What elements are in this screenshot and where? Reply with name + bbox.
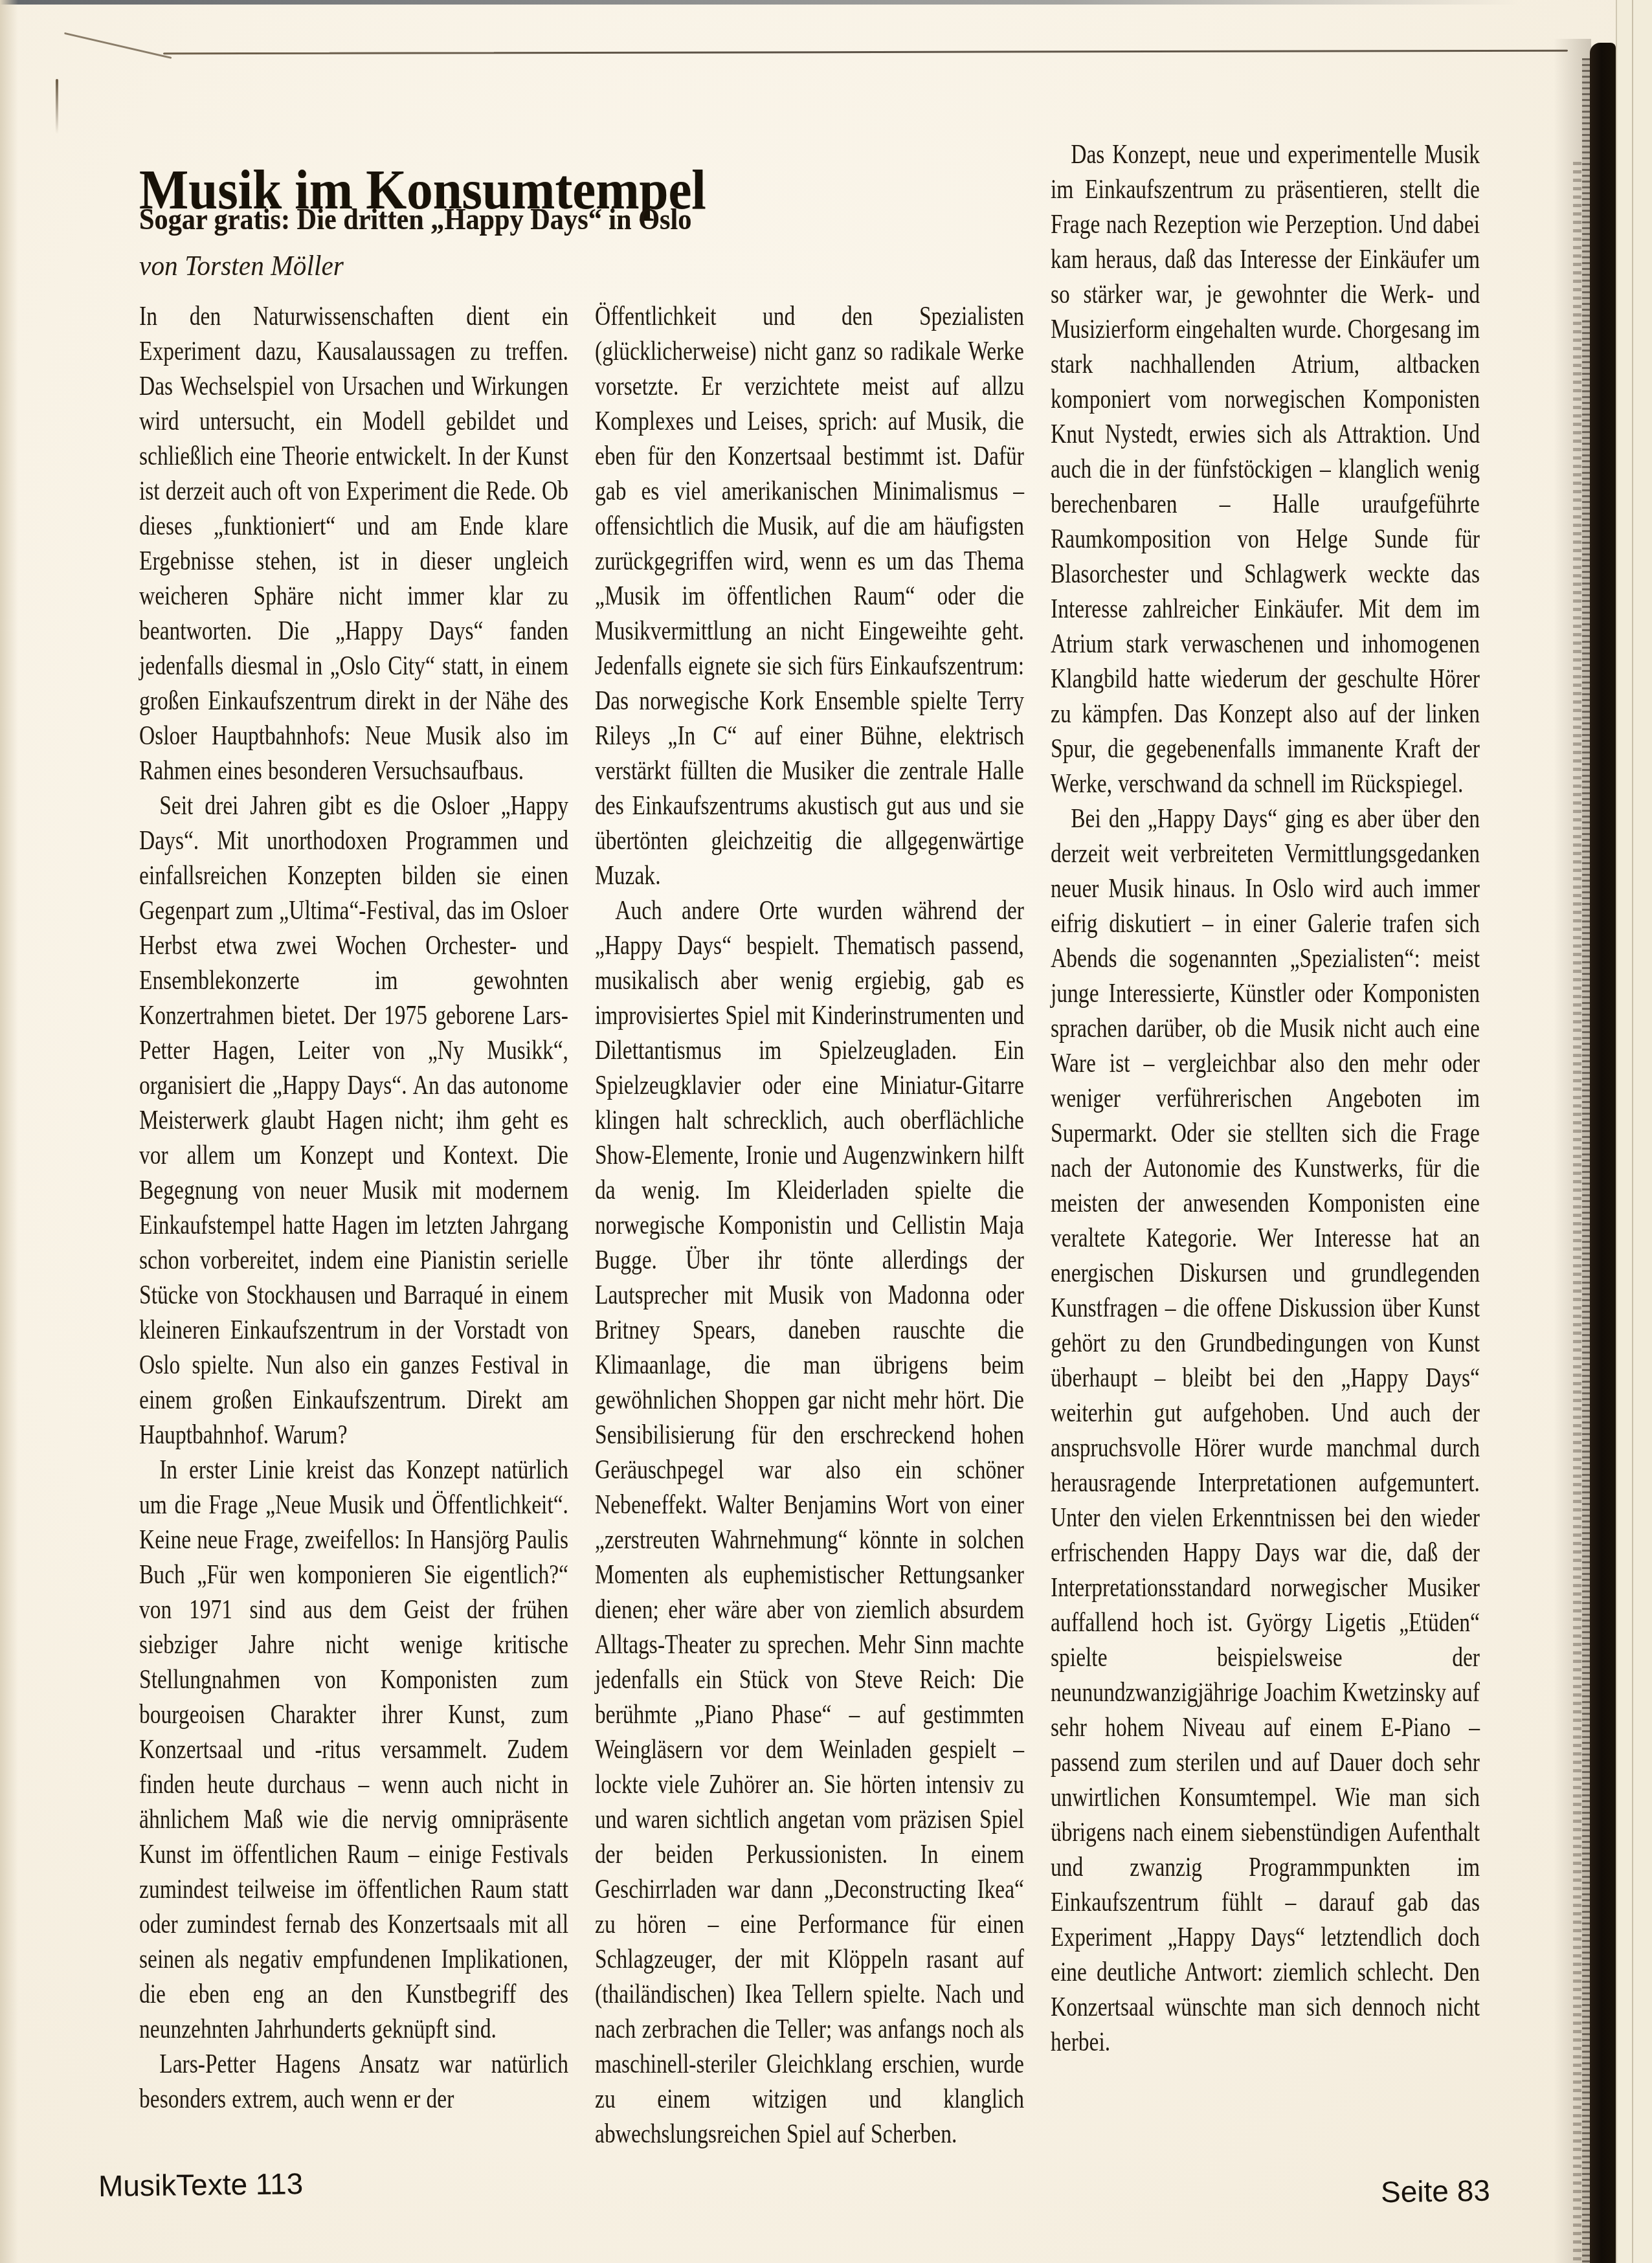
page-right-edge-hairline	[1632, 0, 1633, 2263]
paragraph: Seit drei Jahren gibt es die Osloer „Hap…	[139, 788, 568, 1453]
page-curl-line-left	[64, 32, 172, 59]
page-right-edge-strip	[1616, 0, 1652, 2263]
binding-black-band	[1590, 43, 1616, 2263]
paragraph: Auch andere Orte wurden während der „Hap…	[595, 893, 1024, 2152]
paragraph: Lars-Petter Hagens Ansatz war natürlich …	[139, 2047, 568, 2117]
paragraph: In den Naturwissenschaften dient ein Exp…	[139, 299, 568, 788]
paragraph: Bei den „Happy Days“ ging es aber über d…	[1051, 801, 1480, 2060]
paragraph: In erster Linie kreist das Konzept natür…	[139, 1453, 568, 2047]
article-column-1: In den Naturwissenschaften dient ein Exp…	[139, 299, 568, 2117]
binding-speckle-strip	[1573, 162, 1581, 2263]
journal-name: MusikTexte 113	[98, 2166, 304, 2203]
article-byline: von Torsten Möller	[139, 250, 344, 282]
scanner-top-edge-shadow	[0, 0, 1520, 5]
page-curl-line	[163, 50, 1568, 55]
article-column-2: Öffentlichkeit und den Spezialisten (glü…	[595, 299, 1024, 2152]
page-left-edge-shade	[0, 0, 18, 2263]
article-column-3: Das Konzept, neue und experimentelle Mus…	[1051, 137, 1480, 2060]
paragraph: Öffentlichkeit und den Spezialisten (glü…	[595, 299, 1024, 893]
paragraph: Das Konzept, neue und experimentelle Mus…	[1051, 137, 1480, 801]
page-curl-edge	[56, 79, 58, 134]
scanned-magazine-page: Musik im Konsumtempel Sogar gratis: Die …	[0, 0, 1652, 2263]
article-subtitle: Sogar gratis: Die dritten „Happy Days“ i…	[139, 203, 691, 237]
page-number: Seite 83	[1381, 2173, 1491, 2210]
